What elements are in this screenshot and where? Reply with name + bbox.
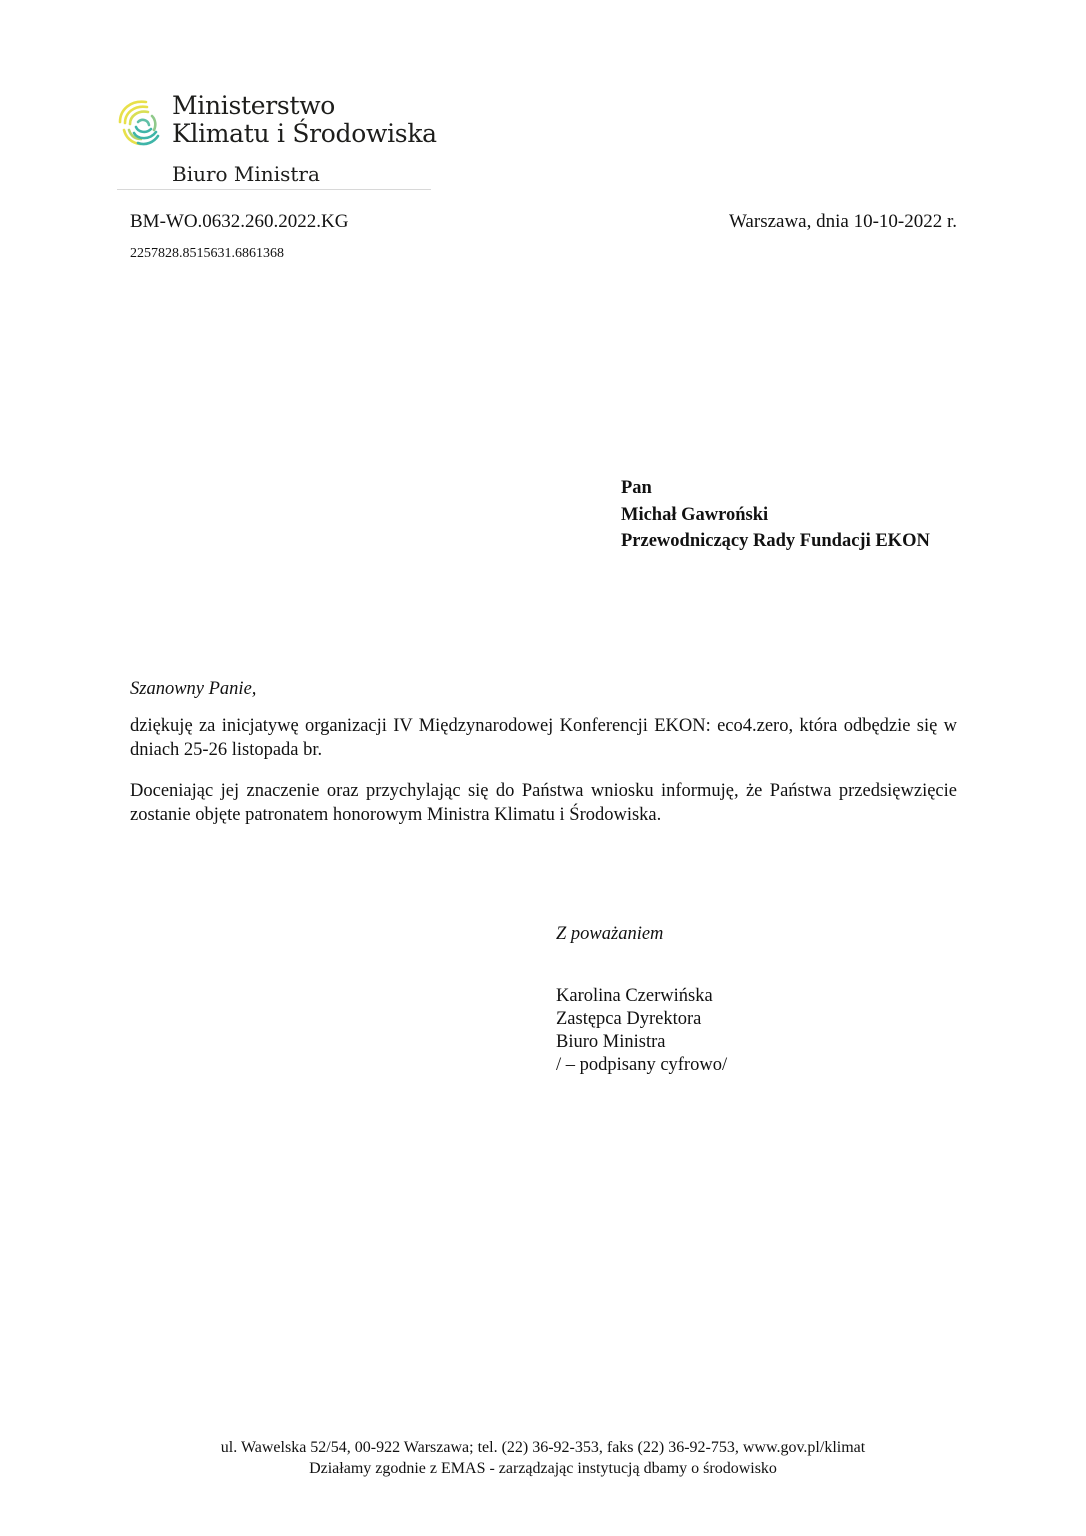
signatory-name: Karolina Czerwińska bbox=[556, 985, 727, 1008]
header-divider bbox=[117, 189, 431, 190]
body-paragraph: Doceniając jej znaczenie oraz przychylaj… bbox=[130, 780, 957, 827]
office-name: Biuro Ministra bbox=[172, 162, 320, 186]
ministry-name-line1: Ministerstwo bbox=[172, 92, 437, 120]
recipient-title: Przewodniczący Rady Fundacji EKON bbox=[621, 528, 930, 555]
closing-phrase: Z poważaniem bbox=[556, 924, 663, 945]
place-and-date: Warszawa, dnia 10-10-2022 r. bbox=[729, 211, 957, 233]
ministry-name: Ministerstwo Klimatu i Środowiska bbox=[172, 92, 437, 148]
digital-signature-note: / – podpisany cyfrowo/ bbox=[556, 1054, 727, 1077]
footer-emas-line: Działamy zgodnie z EMAS - zarządzając in… bbox=[0, 1458, 1086, 1479]
recipient-honorific: Pan bbox=[621, 475, 930, 502]
signatory-title: Zastępca Dyrektora bbox=[556, 1008, 727, 1031]
body-paragraph: dziękuję za inicjatywę organizacji IV Mi… bbox=[130, 715, 957, 762]
case-reference-number: BM-WO.0632.260.2022.KG bbox=[130, 211, 349, 233]
page-footer: ul. Wawelska 52/54, 00-922 Warszawa; tel… bbox=[0, 1437, 1086, 1479]
ministry-name-line2: Klimatu i Środowiska bbox=[172, 120, 437, 148]
ministry-logo-icon bbox=[116, 96, 160, 148]
footer-contact-line: ul. Wawelska 52/54, 00-922 Warszawa; tel… bbox=[0, 1437, 1086, 1458]
salutation: Szanowny Panie, bbox=[130, 679, 256, 700]
signature-block: Karolina Czerwińska Zastępca Dyrektora B… bbox=[556, 985, 727, 1077]
recipient-address: Pan Michał Gawroński Przewodniczący Rady… bbox=[621, 475, 930, 555]
recipient-name: Michał Gawroński bbox=[621, 502, 930, 529]
document-id: 2257828.8515631.6861368 bbox=[130, 246, 284, 262]
signatory-office: Biuro Ministra bbox=[556, 1031, 727, 1054]
